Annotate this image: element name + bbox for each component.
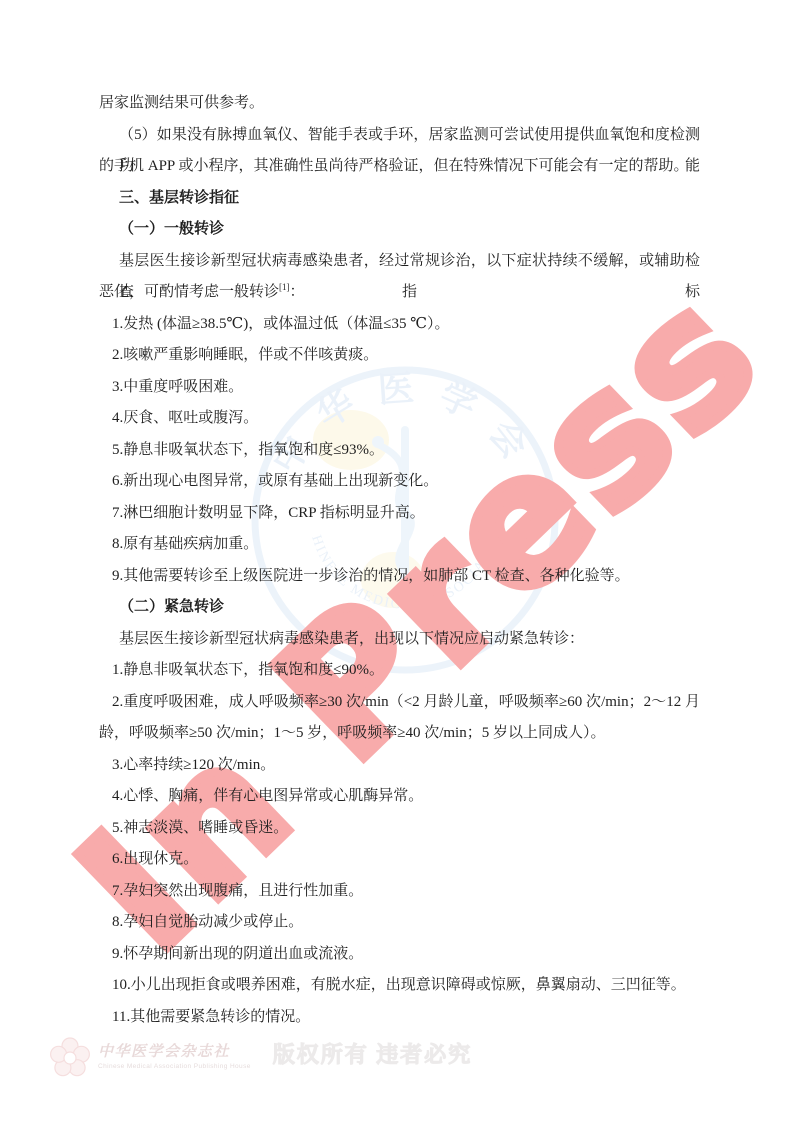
copyright-notice: 版权所有 违者必究 — [273, 1038, 473, 1069]
document-line: 6.新出现心电图异常，或原有基础上出现新变化。 — [99, 466, 700, 498]
publisher-name-english: Chinese Medical Association Publishing H… — [98, 1063, 251, 1070]
document-line: 1.静息非吸氧状态下，指氧饱和度≤90%。 — [99, 655, 700, 687]
document-line: 10.小儿出现拒食或喂养困难，有脱水症，出现意识障碍或惊厥，鼻翼扇动、三凹征等。 — [99, 970, 700, 1002]
document-heading-line: （一）一般转诊 — [99, 214, 700, 246]
document-line: 5.静息非吸氧状态下，指氧饱和度≤93%。 — [99, 435, 700, 467]
document-heading-line: 三、基层转诊指征 — [99, 183, 700, 215]
document-line: （5）如果没有脉搏血氧仪、智能手表或手环，居家监测可尝试使用提供血氧饱和度检测功… — [99, 120, 700, 152]
document-line: 的手机 APP 或小程序，其准确性虽尚待严格验证，但在特殊情况下可能会有一定的帮… — [99, 151, 700, 183]
document-line: 1.发热 (体温≥38.5℃)，或体温过低（体温≤35 ℃）。 — [99, 309, 700, 341]
document-line: 9.怀孕期间新出现的阴道出血或流液。 — [99, 939, 700, 971]
document-line: 2.咳嗽严重影响睡眠，伴或不伴咳黄痰。 — [99, 340, 700, 372]
document-line: 3.心率持续≥120 次/min。 — [99, 750, 700, 782]
plum-blossom-logo — [48, 1036, 92, 1080]
document-heading-line: （二）紧急转诊 — [99, 592, 700, 624]
document-text: 居家监测结果可供参考。（5）如果没有脉搏血氧仪、智能手表或手环，居家监测可尝试使… — [99, 88, 700, 1033]
document-line: 8.孕妇自觉胎动减少或停止。 — [99, 907, 700, 939]
publisher-watermark: 中华医学会杂志社 Chinese Medical Association Pub… — [48, 1034, 648, 1104]
document-line: 6.出现休克。 — [99, 844, 700, 876]
publisher-name-chinese: 中华医学会杂志社 — [98, 1040, 251, 1061]
document-line: 基层医生接诊新型冠状病毒感染患者，经过常规诊治，以下症状持续不缓解，或辅助检查指… — [99, 246, 700, 278]
reference-superscript: [1] — [279, 282, 290, 292]
document-line: 9.其他需要转诊至上级医院进一步诊治的情况，如肺部 CT 检查、各种化验等。 — [99, 561, 700, 593]
document-line: 2.重度呼吸困难，成人呼吸频率≥30 次/min（<2 月龄儿童，呼吸频率≥60… — [99, 687, 700, 719]
document-line: 7.孕妇突然出现腹痛，且进行性加重。 — [99, 876, 700, 908]
document-line: 居家监测结果可供参考。 — [99, 88, 700, 120]
document-line: 龄，呼吸频率≥50 次/min；1～5 岁，呼吸频率≥40 次/min；5 岁以… — [99, 718, 700, 750]
document-line: 4.厌食、呕吐或腹泻。 — [99, 403, 700, 435]
document-page: 中华医学会 CHINESE MEDICAL ASSOCIATION In Pre… — [0, 0, 793, 1122]
document-line: 4.心悸、胸痛，伴有心电图异常或心肌酶异常。 — [99, 781, 700, 813]
publisher-name: 中华医学会杂志社 Chinese Medical Association Pub… — [98, 1040, 251, 1070]
document-line: 基层医生接诊新型冠状病毒感染患者，出现以下情况应启动紧急转诊： — [99, 624, 700, 656]
document-line: 3.中重度呼吸困难。 — [99, 372, 700, 404]
document-line: 11.其他需要紧急转诊的情况。 — [99, 1002, 700, 1034]
document-line: 5.神志淡漠、嗜睡或昏迷。 — [99, 813, 700, 845]
document-line: 7.淋巴细胞计数明显下降，CRP 指标明显升高。 — [99, 498, 700, 530]
document-line: 8.原有基础疾病加重。 — [99, 529, 700, 561]
